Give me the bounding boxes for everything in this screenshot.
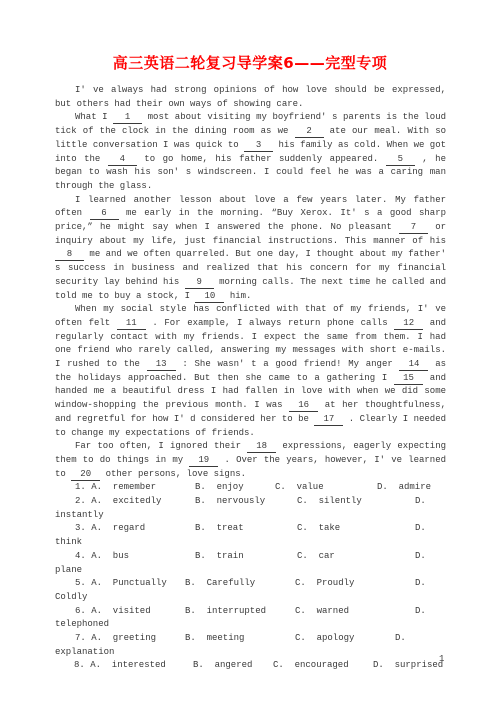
question-1-option-B: B. enjoy bbox=[195, 481, 244, 495]
cloze-blank-9: 9 bbox=[185, 277, 214, 289]
cloze-blank-17: 17 bbox=[314, 414, 343, 426]
question-2-option-D: D. bbox=[415, 495, 426, 509]
cloze-worksheet: I' ve always had strong opinions of how … bbox=[55, 84, 446, 673]
question-row-8: 8. A. interestedB. angeredC. encouragedD… bbox=[55, 659, 446, 673]
question-row-4: 4. A. busB. trainC. carD. bbox=[55, 550, 446, 564]
question-7-option-B: B. meeting bbox=[185, 632, 244, 646]
question-4-option-D: D. bbox=[415, 550, 426, 564]
question-8-option-B: B. angered bbox=[193, 659, 252, 673]
question-3-option-A: 3. A. regard bbox=[75, 522, 145, 536]
passage: I' ve always had strong opinions of how … bbox=[55, 84, 446, 481]
document-page: 高三英语二轮复习导学案6——完型专项 I' ve always had stro… bbox=[0, 0, 500, 706]
question-row-1: 1. A. rememberB. enjoyC. valueD. admire bbox=[55, 481, 446, 495]
cloze-blank-18: 18 bbox=[247, 441, 276, 453]
question-6-option-D-wrapped-word: telephoned bbox=[55, 618, 446, 632]
passage-paragraph-5: Far too often, I ignored their 18 expres… bbox=[55, 440, 446, 481]
question-8-option-C: C. encouraged bbox=[273, 659, 349, 673]
passage-paragraph-2: What I 1 most about visiting my boyfrien… bbox=[55, 111, 446, 193]
question-2-option-D-wrapped-word: instantly bbox=[55, 509, 446, 523]
cloze-blank-5: 5 bbox=[386, 154, 415, 166]
questions: 1. A. rememberB. enjoyC. valueD. admire2… bbox=[55, 481, 446, 673]
cloze-blank-7: 7 bbox=[399, 222, 428, 234]
question-4-option-B: B. train bbox=[195, 550, 244, 564]
question-7-option-D: D. bbox=[395, 632, 406, 646]
question-row-2: 2. A. excitedlyB. nervouslyC. silentlyD. bbox=[55, 495, 446, 509]
question-6-option-B: B. interrupted bbox=[185, 605, 266, 619]
cloze-blank-8: 8 bbox=[55, 249, 84, 261]
passage-paragraph-4: When my social style has conflicted with… bbox=[55, 303, 446, 440]
question-1-option-A: 1. A. remember bbox=[75, 481, 156, 495]
question-3-option-D-wrapped-word: think bbox=[55, 536, 446, 550]
page-number: 1 bbox=[439, 654, 444, 664]
question-5-option-D: D. bbox=[415, 577, 426, 591]
question-6-option-D: D. bbox=[415, 605, 426, 619]
passage-paragraph-3: I learned another lesson about love a fe… bbox=[55, 194, 446, 304]
question-2-option-B: B. nervously bbox=[195, 495, 265, 509]
cloze-blank-11: 11 bbox=[117, 318, 146, 330]
question-5-option-A: 5. A. Punctually bbox=[75, 577, 167, 591]
question-5-option-B: B. Carefully bbox=[185, 577, 255, 591]
cloze-blank-15: 15 bbox=[394, 373, 423, 385]
question-4-option-D-wrapped-word: plane bbox=[55, 564, 446, 578]
question-7-option-C: C. apology bbox=[295, 632, 354, 646]
question-4-option-A: 4. A. bus bbox=[75, 550, 129, 564]
question-row-6: 6. A. visitedB. interruptedC. warnedD. bbox=[55, 605, 446, 619]
question-2-option-C: C. silently bbox=[297, 495, 362, 509]
cloze-blank-10: 10 bbox=[195, 291, 224, 303]
cloze-blank-4: 4 bbox=[108, 154, 137, 166]
question-row-3: 3. A. regardB. treatC. takeD. bbox=[55, 522, 446, 536]
question-6-option-A: 6. A. visited bbox=[75, 605, 151, 619]
question-8-option-D: D. surprised bbox=[373, 659, 443, 673]
question-7-option-D-wrapped-word: explanation bbox=[55, 646, 446, 660]
question-5-option-C: C. Proudly bbox=[295, 577, 354, 591]
question-1-option-D: D. admire bbox=[377, 481, 431, 495]
question-2-option-A: 2. A. excitedly bbox=[75, 495, 161, 509]
question-8-option-A: 8. A. interested bbox=[74, 659, 166, 673]
cloze-blank-6: 6 bbox=[90, 208, 119, 220]
question-4-option-C: C. car bbox=[297, 550, 335, 564]
question-row-5: 5. A. PunctuallyB. CarefullyC. ProudlyD. bbox=[55, 577, 446, 591]
cloze-blank-3: 3 bbox=[244, 140, 273, 152]
page-title: 高三英语二轮复习导学案6——完型专项 bbox=[0, 54, 500, 72]
cloze-blank-14: 14 bbox=[399, 359, 428, 371]
cloze-blank-12: 12 bbox=[394, 318, 423, 330]
question-1-option-C: C. value bbox=[275, 481, 324, 495]
cloze-blank-2: 2 bbox=[295, 126, 324, 138]
cloze-blank-16: 16 bbox=[289, 400, 318, 412]
cloze-blank-20: 20 bbox=[71, 469, 100, 481]
cloze-blank-13: 13 bbox=[147, 359, 176, 371]
question-3-option-B: B. treat bbox=[195, 522, 244, 536]
question-row-7: 7. A. greetingB. meetingC. apologyD. bbox=[55, 632, 446, 646]
cloze-blank-19: 19 bbox=[189, 455, 218, 467]
cloze-blank-1: 1 bbox=[113, 112, 142, 124]
question-3-option-D: D. bbox=[415, 522, 426, 536]
question-7-option-A: 7. A. greeting bbox=[75, 632, 156, 646]
passage-paragraph-1: I' ve always had strong opinions of how … bbox=[55, 84, 446, 111]
question-6-option-C: C. warned bbox=[295, 605, 349, 619]
question-3-option-C: C. take bbox=[297, 522, 340, 536]
question-5-option-D-wrapped-word: Coldly bbox=[55, 591, 446, 605]
